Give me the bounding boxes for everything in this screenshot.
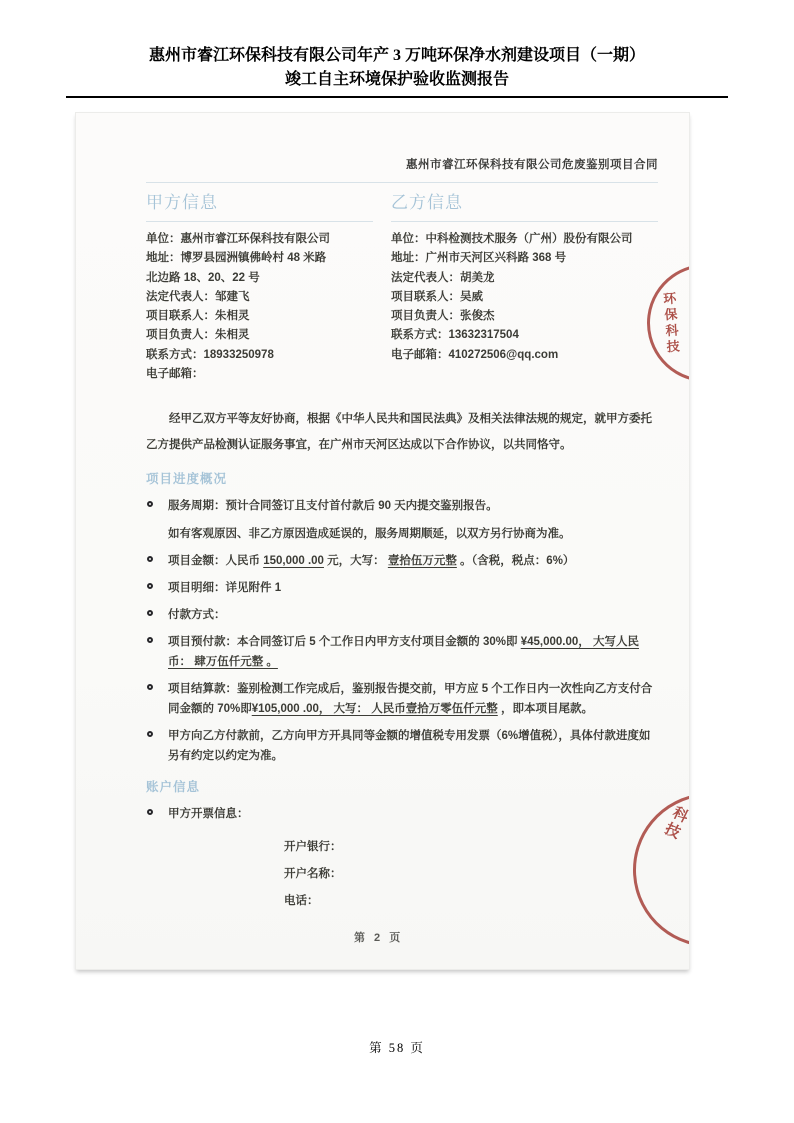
bullet-icon (147, 684, 153, 690)
clause-text: 甲方开票信息： (168, 808, 249, 820)
field-line: 电子邮箱： (146, 365, 373, 384)
field-line: 项目联系人：吴威 (391, 288, 658, 307)
clause-text: 本合同签订后 5 个工作日内甲方支付项目金额的 30%即 (237, 636, 521, 648)
field-line: 联系方式：13632317504 (391, 326, 658, 345)
field-line: 单位：惠州市睿江环保科技有限公司 (146, 230, 373, 249)
clause-text: 甲方向乙方付款前，乙方向甲方开具同等金额的增值税专用发票（6%增值税），具体付款… (168, 730, 650, 762)
report-page-number: 第 58 页 (0, 1038, 794, 1056)
field-line: 地址：广州市天河区兴科路 368 号 (391, 249, 658, 268)
clause-text: 项目结算款： (168, 683, 237, 695)
clause-text: 元，大写： (324, 555, 388, 567)
clause-text: 预计合同签订且支付首付款后 90 天内提交鉴别报告。 (226, 500, 498, 512)
field-line: 地址：博罗县园洲镇佛岭村 48 米路 (146, 249, 373, 268)
clause-text: ¥105,000 .00， 大写： 人民币壹拾万零伍仟元整 (252, 703, 498, 715)
contract-clause: 甲方向乙方付款前，乙方向甲方开具同等金额的增值税专用发票（6%增值税），具体付款… (146, 726, 658, 766)
contract-clause: 服务周期：预计合同签订且支付首付款后 90 天内提交鉴别报告。 (146, 496, 658, 516)
party-a-fields: 单位：惠州市睿江环保科技有限公司地址：博罗县园洲镇佛岭村 48 米路北边路 18… (146, 230, 373, 384)
section-heading-account: 账户信息 (146, 778, 658, 797)
party-b-heading: 乙方信息 (391, 193, 658, 222)
account-field-line: 开户名称： (284, 861, 658, 888)
clause-text: 项目明细： (168, 582, 226, 594)
bullet-icon (147, 501, 153, 507)
account-field-line: 开户银行： (284, 834, 658, 861)
bullet-icon (147, 731, 153, 737)
contract-clause: 付款方式： (146, 605, 658, 625)
field-line: 电子邮箱：410272506@qq.com (391, 346, 658, 365)
section-heading-progress: 项目进度概况 (146, 470, 658, 489)
clause-text: 如有客观原因、非乙方原因造成延误的，服务周期顺延，以双方另行协商为准。 (168, 528, 571, 540)
report-header: 惠州市睿江环保科技有限公司年产 3 万吨环保净水剂建设项目（一期） 竣工自主环境… (0, 0, 794, 92)
clause-text: 项目金额： (168, 555, 226, 567)
seal-text-bottom: 科技 (658, 802, 690, 844)
header-rule (66, 96, 728, 98)
bullet-icon (147, 809, 153, 815)
party-a-column: 甲方信息 单位：惠州市睿江环保科技有限公司地址：博罗县园洲镇佛岭村 48 米路北… (146, 193, 373, 384)
party-a-heading: 甲方信息 (146, 193, 373, 222)
clause-text: ，即本项目尾款。 (498, 703, 593, 715)
clause-text: 。（含税，税点：6%） (457, 555, 575, 567)
field-line: 法定代表人：胡美龙 (391, 269, 658, 288)
clause-text: 150,000 .00 (263, 555, 324, 567)
contract-page-number: 第 2 页 (354, 929, 658, 948)
clause-text: 付款方式： (168, 609, 226, 621)
field-line: 单位：中科检测技术服务（广州）股份有限公司 (391, 230, 658, 249)
bullet-icon (147, 637, 153, 643)
field-line: 法定代表人：邹建飞 (146, 288, 373, 307)
clause-text: 壹拾伍万元整 (388, 555, 457, 567)
field-line: 项目负责人：朱相灵 (146, 326, 373, 345)
contract-title: 惠州市睿江环保科技有限公司危废鉴别项目合同 (146, 156, 658, 175)
contract-clause: 项目金额：人民币 150,000 .00 元，大写： 壹拾伍万元整 。（含税，税… (146, 551, 658, 571)
bullet-icon (147, 610, 153, 616)
party-info-columns: 甲方信息 单位：惠州市睿江环保科技有限公司地址：博罗县园洲镇佛岭村 48 米路北… (146, 193, 658, 384)
field-line: 联系方式：18933250978 (146, 346, 373, 365)
contract-clause: 如有客观原因、非乙方原因造成延误的，服务周期顺延，以双方另行协商为准。 (146, 524, 658, 544)
field-line: 项目联系人：朱相灵 (146, 307, 373, 326)
clause-text: 服务周期： (168, 500, 226, 512)
account-items: 甲方开票信息： (146, 804, 658, 824)
field-line: 项目负责人：张俊杰 (391, 307, 658, 326)
contract-clause: 项目明细：详见附件 1 (146, 578, 658, 598)
scanned-contract-page: 惠州市睿江环保科技有限公司危废鉴别项目合同 甲方信息 单位：惠州市睿江环保科技有… (75, 112, 690, 970)
contract-clause: 项目预付款：本合同签订后 5 个工作日内甲方支付项目金额的 30%即 ¥45,0… (146, 632, 658, 672)
party-b-fields: 单位：中科检测技术服务（广州）股份有限公司地址：广州市天河区兴科路 368 号法… (391, 230, 658, 365)
bullet-icon (147, 556, 153, 562)
clause-text: 人民币 (226, 555, 264, 567)
title-divider (146, 182, 658, 183)
clause-text: 详见附件 1 (226, 582, 282, 594)
contract-clause: 甲方开票信息： (146, 804, 658, 824)
progress-items: 服务周期：预计合同签订且支付首付款后 90 天内提交鉴别报告。如有客观原因、非乙… (146, 496, 658, 766)
contract-intro-paragraph: 经甲乙双方平等友好协商，根据《中华人民共和国民法典》及相关法律法规的规定，就甲方… (146, 406, 658, 458)
clause-text: 项目预付款： (168, 636, 237, 648)
bullet-icon (147, 583, 153, 589)
seal-text-top: 环保科技 (659, 291, 682, 356)
account-field-line: 电话： (284, 888, 658, 915)
contract-content: 惠州市睿江环保科技有限公司危废鉴别项目合同 甲方信息 单位：惠州市睿江环保科技有… (146, 113, 658, 948)
contract-clause: 项目结算款：鉴别检测工作完成后，鉴别报告提交前，甲方应 5 个工作日内一次性向乙… (146, 679, 658, 719)
party-b-column: 乙方信息 单位：中科检测技术服务（广州）股份有限公司地址：广州市天河区兴科路 3… (391, 193, 658, 384)
account-sub-fields: 开户银行：开户名称：电话： (284, 834, 658, 915)
report-title-line1: 惠州市睿江环保科技有限公司年产 3 万吨环保净水剂建设项目（一期） (0, 44, 794, 68)
field-line: 北边路 18、20、22 号 (146, 269, 373, 288)
report-title-line2: 竣工自主环境保护验收监测报告 (0, 68, 794, 92)
